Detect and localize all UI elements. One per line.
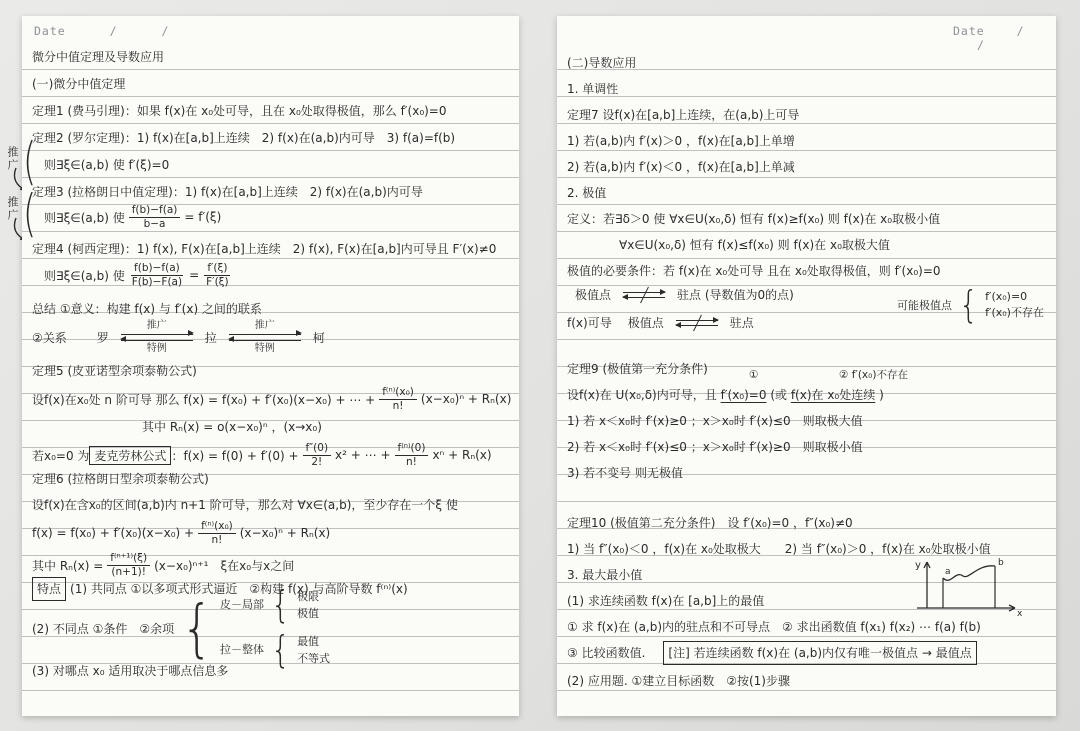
- theorem-7: 定理7 设f(x)在[a,b]上连续，在(a,b)上可导: [567, 104, 799, 126]
- theorem-2-rolle: 定理2 (罗尔定理)：1) f(x)在[a,b]上连续 2) f(x)在(a,b…: [32, 127, 455, 149]
- underlined-derivative-zero: f′(x₀)=0: [721, 388, 767, 402]
- page-title: 微分中值定理及导数应用: [32, 46, 164, 68]
- section-2-heading: (二)导数应用: [567, 52, 636, 74]
- item-extremum: 极值: [297, 606, 319, 623]
- formula-text: 若x₀=0 为: [32, 447, 89, 464]
- denominator: F′(ξ): [203, 276, 231, 289]
- theorem-9-case-max: 1) 若 x＜x₀时 f′(x)≥0 ；x＞x₀时 f′(x)≤0 则取极大值: [567, 410, 863, 432]
- extremum-heading: 2. 极值: [567, 182, 606, 204]
- numerator: f⁽ⁿ⁾(x₀): [198, 520, 236, 534]
- fraction: f⁽ⁿ⁺¹⁾(ξ) (n+1)!: [107, 552, 150, 578]
- formula-text: 则∃ξ∈(a,b) 使: [44, 209, 125, 226]
- formula-text: 则∃ξ∈(a,b) 使: [44, 267, 125, 284]
- unique-extremum-note-box: [注] 若连续函数 f(x)在 (a,b)内仅有唯一极值点 → 最值点: [663, 641, 976, 665]
- theorem-6-hypothesis: 设f(x)在含x₀的区间(a,b)内 n+1 阶可导，那么对 ∀x∈(a,b)，…: [32, 494, 458, 516]
- sketch-x-label: x: [1017, 609, 1023, 619]
- summary-meaning: 总结 ①意义：构建 f(x) 与 f′(x) 之间的联系: [32, 298, 262, 320]
- theorem-7-case-decreasing: 2) 若(a,b)内 f′(x)＜0 ，f(x)在[a,b]上单减: [567, 156, 795, 178]
- fraction: f⁽ⁿ⁾(x₀) n!: [198, 520, 236, 546]
- formula-text: (x−x₀)ⁿ⁺¹ ξ在x₀与x之间: [154, 557, 294, 574]
- peano-items: 极限 极值: [297, 589, 319, 622]
- crossed-double-arrow-icon: [623, 290, 665, 300]
- item-derivative-zero: f′(x₀)=0: [985, 289, 1044, 306]
- fraction: f⁽ⁿ⁾(0) n!: [395, 442, 429, 468]
- node-lagrange: 拉: [205, 329, 217, 346]
- max-min-step-3-line: ③ 比较函数值. [注] 若连续函数 f(x)在 (a,b)内仅有唯一极值点 →…: [567, 642, 977, 664]
- theorem-9-case-min: 2) 若 x＜x₀时 f′(x)≤0 ；x＞x₀时 f′(x)≥0 则取极小值: [567, 436, 863, 458]
- stationary-point-label: 驻点: [730, 312, 754, 334]
- sketch-b-label: b: [998, 558, 1004, 568]
- item-derivative-missing: f′(x₀)不存在: [985, 305, 1044, 322]
- arrow-label-special-case: 特例: [255, 343, 275, 354]
- fraction: f(b)−f(a) b−a: [129, 204, 181, 230]
- underlined-continuity: f(x)在 x₀处连续: [791, 388, 875, 402]
- differences-label: (2) 不同点 ①条件 ②余项: [32, 620, 174, 637]
- possible-extremum-items: f′(x₀)=0 f′(x₀)不存在: [985, 289, 1044, 322]
- item-limit: 极限: [297, 589, 319, 606]
- stationary-point-label: 驻点 (导数值为0的点): [677, 284, 794, 306]
- differences-tree: (2) 不同点 ①条件 ②余项 { 皮－局部 { 极限 极值 拉－整体 { 最值: [32, 600, 330, 656]
- max-min-step-intro: (1) 求连续函数 f(x)在 [a,b]上的最值: [567, 590, 764, 612]
- brace: {: [271, 622, 290, 678]
- lagrange-global-label: 拉－整体: [220, 642, 264, 659]
- lagrange-branch: 拉－整体 { 最值 不等式: [220, 628, 330, 673]
- lagrange-items: 最值 不等式: [297, 634, 330, 667]
- features-box: 特点: [32, 577, 66, 601]
- date-header-left: Date / /: [34, 24, 169, 38]
- numerator: f(b)−f(a): [129, 204, 181, 218]
- date-label: Date: [953, 24, 985, 38]
- denominator: n!: [403, 456, 420, 469]
- fraction: f″(0) 2!: [303, 442, 332, 468]
- numerator: f′(ξ): [204, 262, 230, 276]
- node-rolle: 罗: [97, 329, 109, 346]
- max-min-heading: 3. 最大最小值: [567, 564, 642, 586]
- denominator: F(b)−F(a): [129, 276, 185, 289]
- formula-text: ：f(x) = f(0) + f′(0) +: [171, 447, 298, 464]
- formula-text: 其中 Rₙ(x) =: [32, 557, 103, 574]
- denominator: n!: [390, 400, 407, 413]
- left-arrow-icon: [229, 340, 301, 341]
- theorem-4-conclusion: 则∃ξ∈(a,b) 使 f(b)−f(a) F(b)−F(a) = f′(ξ) …: [44, 256, 236, 294]
- necessary-condition: 极值的必要条件：若 f(x)在 x₀处可导 且在 x₀处取得极值，则 f′(x₀…: [567, 260, 941, 282]
- theorem-9-hypothesis: 设f(x)在 U(x₀,δ)内可导，且 f′(x₀)=0 (或 f(x)在 x₀…: [567, 384, 884, 406]
- formula-text: 设f(x)在 U(x₀,δ)内可导，且: [567, 388, 717, 402]
- maclaurin-box: 麦克劳林公式: [89, 446, 171, 465]
- fraction: f⁽ⁿ⁾(x₀) n!: [379, 386, 417, 412]
- extremum-definition-max: ∀x∈U(x₀,δ) 恒有 f(x)≤f(x₀) 则 f(x)在 x₀取极大值: [619, 234, 890, 256]
- double-arrow-generalize-special: 推广 特例: [121, 320, 193, 354]
- possible-extremum-block: 可能极值点 { f′(x₀)=0 f′(x₀)不存在: [897, 278, 1044, 332]
- brace: {: [959, 283, 978, 327]
- formula-text: (x−x₀)ⁿ + Rₙ(x): [421, 392, 511, 406]
- section-1-heading: (一)微分中值定理: [32, 73, 125, 95]
- possible-extremum-label: 可能极值点: [897, 297, 952, 313]
- date-header-right: Date / /: [953, 24, 1056, 52]
- equals-sign: =: [189, 268, 199, 282]
- numerator: f″(0): [303, 442, 332, 456]
- right-arrow-icon: [229, 334, 301, 335]
- right-arrow-icon: [121, 334, 193, 335]
- which-point-note: (3) 对哪点 x₀ 适用取决于哪点信息多: [32, 660, 228, 682]
- formula-text: f(x) = f(x₀) + f′(x₀)(x−x₀) +: [32, 526, 194, 540]
- brace: {: [181, 592, 213, 665]
- denominator: 2!: [308, 456, 325, 469]
- denominator: (n+1)!: [108, 566, 149, 579]
- theorem-7-case-increasing: 1) 若(a,b)内 f′(x)＞0 ，f(x)在[a,b]上单增: [567, 130, 795, 152]
- left-arrow-icon: [623, 297, 665, 298]
- formula-text: ): [879, 388, 884, 402]
- arrow-label-generalize: 推广: [255, 320, 275, 331]
- formula-text: x² + ⋯ +: [335, 448, 390, 462]
- arrow-label-special-case: 特例: [147, 343, 167, 354]
- extremum-point-label: 极值点: [575, 284, 611, 306]
- denominator: n!: [208, 534, 225, 547]
- crossed-double-arrow-icon: [676, 318, 718, 328]
- node-cauchy: 柯: [313, 329, 325, 346]
- right-arrow-icon: [623, 292, 665, 293]
- relation-diagram: ②关系 罗 推广 特例 拉 推广 特例 柯: [32, 318, 325, 356]
- date-slash: /: [110, 24, 118, 38]
- theorem-6-lagrange-taylor: 定理6 (拉格朗日型余项泰勒公式): [32, 468, 209, 490]
- peano-branch: 皮－局部 { 极限 极值: [220, 583, 330, 628]
- right-arrow-icon: [676, 320, 718, 321]
- application-problems: (2) 应用题. ①建立目标函数 ②按(1)步骤: [567, 670, 790, 692]
- numerator: f⁽ⁿ⁺¹⁾(ξ): [107, 552, 150, 566]
- max-min-steps-1-2: ① 求 f(x)在 (a,b)内的驻点和不可导点 ② 求出函数值 f(x₁) f…: [567, 616, 981, 638]
- formula-text: 设f(x)在x₀处 n 阶可导 那么 f(x) = f(x₀) + f′(x₀)…: [32, 391, 375, 408]
- theorem-5-remainder: 其中 Rₙ(x) = o(x−x₀)ⁿ ，(x→x₀): [142, 416, 322, 438]
- extremum-stationary-relation-2: f(x)可导 极值点 驻点: [567, 312, 754, 334]
- formula-text: xⁿ + Rₙ(x): [432, 448, 491, 462]
- left-arrow-icon: [121, 340, 193, 341]
- date-label: Date: [34, 24, 66, 38]
- theorem-10-second-sufficient: 定理10 (极值第二充分条件) 设 f′(x₀)=0 ，f″(x₀)≠0: [567, 512, 853, 534]
- peano-local-label: 皮－局部: [220, 597, 264, 614]
- relation-label: ②关系: [32, 329, 67, 346]
- numerator: f⁽ⁿ⁾(0): [395, 442, 429, 456]
- notebook-photo: 推广 推广 Date / / ( ( 微分中值定理及导数应用 (一)微分中值定理…: [0, 0, 1080, 731]
- theorem-2-conclusion: 则∃ξ∈(a,b) 使 f′(ξ)=0: [44, 154, 169, 176]
- theorem-9-case-none: 3) 若不变号 则无极值: [567, 462, 683, 484]
- differentiable-label: f(x)可导: [567, 312, 612, 334]
- formula-text: (x−x₀)ⁿ + Rₙ(x): [240, 526, 330, 540]
- theorem-3-conclusion: 则∃ξ∈(a,b) 使 f(b)−f(a) b−a = f′(ξ): [44, 198, 221, 236]
- item-inequality: 不等式: [297, 651, 330, 668]
- numerator: f(b)−f(a): [131, 262, 183, 276]
- formula-text: = f′(ξ): [184, 210, 221, 224]
- extremum-definition-min: 定义：若∃δ＞0 使 ∀x∈U(x₀,δ) 恒有 f(x)≥f(x₀) 则 f(…: [567, 208, 940, 230]
- theorem-1-fermat: 定理1 (费马引理)：如果 f(x)在 x₀处可导，且在 x₀处取得极值，那么 …: [32, 100, 447, 122]
- denominator: b−a: [141, 218, 169, 231]
- compare-values: ③ 比较函数值.: [567, 642, 645, 664]
- date-slash: /: [1017, 24, 1025, 38]
- page-left: Date / / ( ( 微分中值定理及导数应用 (一)微分中值定理 定理1 (…: [22, 16, 519, 716]
- arrow-label-generalize: 推广: [147, 320, 167, 331]
- fraction: f(b)−f(a) F(b)−F(a): [129, 262, 185, 288]
- date-slash: /: [977, 38, 985, 52]
- sketch-a-label: a: [945, 567, 951, 577]
- annotation-2: ② f′(x₀)不存在: [839, 368, 908, 382]
- theorem-5-peano-taylor: 定理5 (皮亚诺型余项泰勒公式): [32, 360, 197, 382]
- annotation-1: ①: [749, 368, 758, 382]
- theorem-5-formula: 设f(x)在x₀处 n 阶可导 那么 f(x) = f(x₀) + f′(x₀)…: [32, 380, 511, 418]
- min-max-sketch: y a b x: [909, 554, 1027, 618]
- monotonicity-heading: 1. 单调性: [567, 78, 618, 100]
- tree-branches: 皮－局部 { 极限 极值 拉－整体 { 最值 不等式: [220, 583, 330, 673]
- item-max-min: 最值: [297, 634, 330, 651]
- extremum-point-label: 极值点: [628, 312, 664, 334]
- fraction: f′(ξ) F′(ξ): [203, 262, 231, 288]
- formula-text: (或: [770, 388, 787, 402]
- date-slash: /: [162, 24, 170, 38]
- left-arrow-icon: [676, 325, 718, 326]
- page-right: Date / / (二)导数应用 1. 单调性 定理7 设f(x)在[a,b]上…: [557, 16, 1056, 716]
- extremum-stationary-relation-1: 极值点 驻点 (导数值为0的点): [575, 284, 794, 306]
- numerator: f⁽ⁿ⁾(x₀): [379, 386, 417, 400]
- theorem-9-first-sufficient: 定理9 (极值第一充分条件): [567, 358, 708, 380]
- sketch-y-label: y: [915, 560, 921, 571]
- double-arrow-generalize-special: 推广 特例: [229, 320, 301, 354]
